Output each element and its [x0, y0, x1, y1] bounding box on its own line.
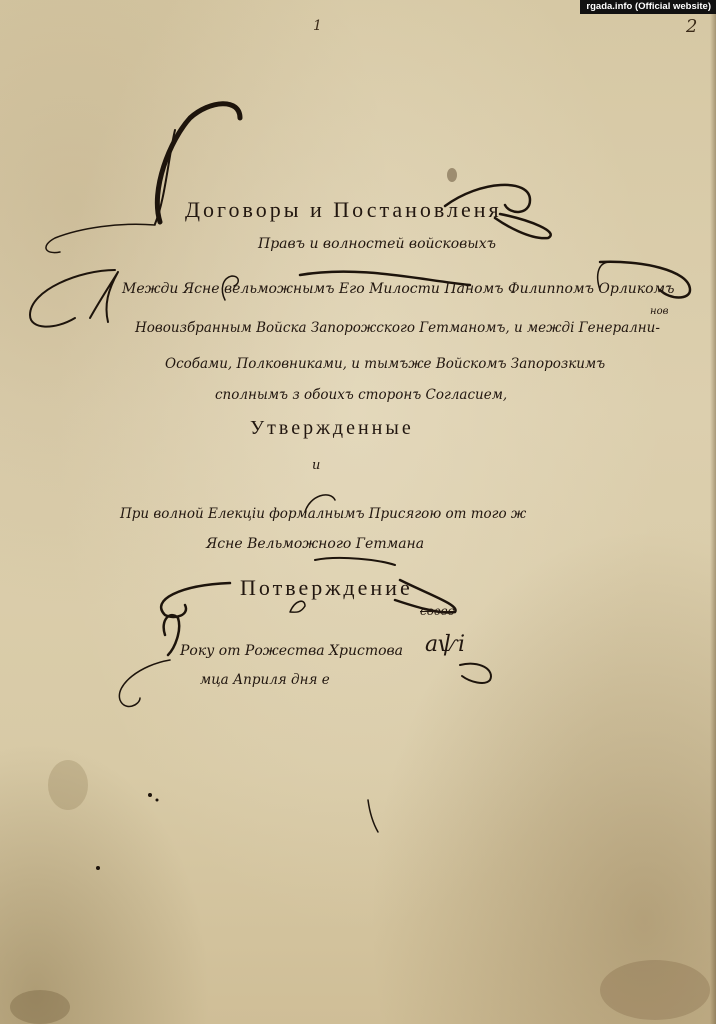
heading-confirmation: Потверждение	[240, 575, 413, 601]
manuscript-page: rgada.info (Official website) 1 2 Догово…	[0, 0, 716, 1024]
body-line-1-superscript: нов	[650, 306, 668, 317]
date-year-struck: соѳес	[420, 604, 454, 618]
body-line-5: При волной Елекцiи формалнымъ Присягою о…	[120, 506, 526, 522]
body-line-4: сполнымъ з обоихъ сторонъ Согласием,	[215, 387, 507, 403]
body-line-2: Новоизбранным Войска Запорожского Гетман…	[135, 320, 660, 336]
date-year: аѱі	[425, 632, 465, 657]
title-line-1: Договоры и Постановленя	[185, 197, 502, 223]
body-line-1: Межди Ясне вельможнымъ Его Милости Паном…	[122, 281, 674, 297]
heading-confirmed: Утвержденные	[250, 417, 414, 440]
conjunction: и	[312, 458, 320, 473]
date-line-1: Року от Рожества Христова	[180, 643, 403, 659]
date-line-2: мца Априля дня е	[200, 672, 330, 688]
title-line-2: Правъ и волностей войсковыхъ	[258, 236, 496, 252]
body-line-3: Особами, Полковниками, и тымъже Войскомъ…	[165, 356, 605, 372]
body-line-6: Ясне Вельможного Гетмана	[206, 536, 424, 552]
